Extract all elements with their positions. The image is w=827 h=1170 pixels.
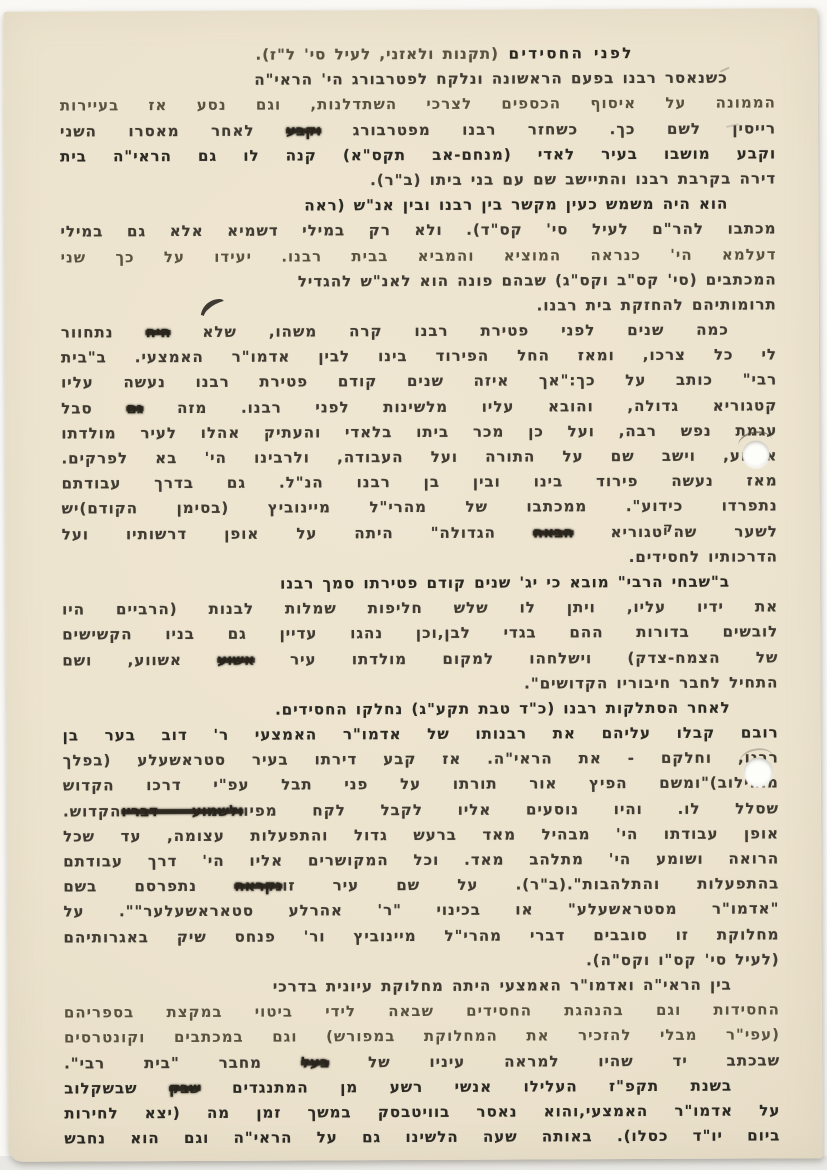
struck-text: שבק (169, 1079, 201, 1097)
text-run: הגדולה" היתה על אופן דרשותיו ועל (62, 523, 533, 543)
text-run: לאחר מאסרו השני (60, 121, 286, 140)
text-run: קטגוריא גדולה, והובא עליו מלשינות לפני ר… (143, 396, 777, 417)
text-run: רובם קבלו עליהם את רבנותו של אדמו"ר האמצ… (63, 723, 779, 744)
text-line: את ידיו עליו, ויתן לו שלש חליפות שמלות ל… (62, 595, 778, 623)
text-run: בהתפעלות והתלהבות".(ב"ר). על שם עיר זו (282, 875, 779, 895)
text-run: תרומותיהם להחזקת בית רבנו. (537, 295, 777, 314)
text-run: וקבע מושבו בעיר לאדי (מנחם-אב תקס"א) קנה… (60, 144, 776, 165)
text-run: כמה שנים לפני פטירת רבנו קרה משהו, שלא (171, 321, 729, 341)
text-line: כמה שנים לפני פטירת רבנו קרה משהו, שלא ה… (61, 317, 777, 345)
text-run: מחלוקת זו סובבים דברי מהרי"ל מיינוביץ ור… (63, 925, 779, 946)
text-run: את ידיו עליו, ויתן לו שלש חליפות שמלות ל… (62, 598, 778, 619)
text-run: על אדמו"ר האמצעי,והוא נאסר בוויטבסק במשך… (64, 1101, 780, 1122)
text-line: שבכתב יד שהיו למראה עיניו של בעל מחבר "ב… (64, 1048, 780, 1076)
text-run: לפני החסידים (499, 44, 634, 63)
text-run: הוא היה משמש כעין מקשר בין רבנו ובין אנ"… (304, 195, 728, 215)
text-line: רבי" כותב על כך:"אך איזה שנים קודם פטירת… (61, 368, 777, 396)
text-line: דירה בקרבת רבנו והתיישב שם עם בני ביתו (… (60, 166, 776, 194)
text-line: בהתפעלות והתלהבות".(ב"ר). על שם עיר זונק… (63, 872, 779, 900)
text-run: מוהילוב)"ומשם הפיץ אור תורתו על פני תבל … (63, 774, 779, 795)
text-run: שסלל לו. והיו נוסעים אליו לקבל לקח מפיו (243, 799, 779, 819)
text-run: התחיל לחבר חיבוריו הקדושים". (524, 673, 778, 692)
text-run: של הצמח-צדק) וישלחהו למקום מולדתו עיר (255, 648, 779, 668)
text-run: סבל (61, 399, 126, 417)
text-run: רבנו, וחלקם - את הראי"ה. אז קבע דירתו בע… (63, 749, 779, 770)
text-line: (עפי"ר מבלי להזכיר את המחלוקת במפורש) וג… (64, 1023, 780, 1051)
text-run: רייסין לשם כך. כשחזר רבנו מפטרבורג (321, 119, 776, 139)
text-run: בשנת תקפ"ז העלילו אנשי רשע מן המתנגדים (201, 1076, 733, 1096)
inserted-letter: ק (663, 520, 674, 535)
text-run: הקדוש. (63, 802, 121, 820)
text-line: הרואה ושומע הי' מתלהב מאד. וכל המקושרים … (63, 846, 779, 874)
text-line: לאחר הסתלקות רבנו (כ"ד טבת תקע"ג) נחלקו … (62, 695, 778, 723)
pen-mark-icon (200, 299, 226, 319)
struck-text: בעל (301, 1053, 329, 1071)
text-run: דעלמא הי' כנראה המוציא והמביא בבית רבנו.… (61, 245, 777, 266)
text-run: החסידות וגם בהנהגת החסידים שבאה לידי ביט… (64, 1001, 780, 1022)
text-line: מכתבו להר"ם לעיל סי' קס"ד). ולא רק במילי… (60, 217, 776, 245)
text-line: עגמת נפש רבה, ועל כן מכר ביתו בלאדי והעת… (61, 418, 777, 446)
text-run: דירה בקרבת רבנו והתיישב שם עם בני ביתו (… (370, 169, 776, 189)
text-line: הוא היה משמש כעין מקשר בין רבנו ובין אנ"… (60, 192, 776, 220)
text-line: רבנו, וחלקם - את הראי"ה. אז קבע דירתו בע… (63, 746, 779, 774)
hole-punch-icon (744, 757, 773, 786)
text-line: אופן עבודתו הי' מבהיל מאד ברעש גדול והתפ… (63, 821, 779, 849)
text-line: שסלל לו. והיו נוסעים אליו לקבל לקח מפיוו… (63, 796, 779, 824)
text-line: של הצמח-צדק) וישלחהו למקום מולדתו עיר אש… (62, 645, 778, 673)
text-run: מחבר "בית רבי". (64, 1053, 301, 1072)
text-line: בין הראי"ה ואדמו"ר האמצעי היתה מחלוקת עי… (64, 972, 780, 1000)
text-line: מאז נעשה פירוד בינו ובין בן רבנו הנ"ל. ג… (62, 469, 778, 497)
text-line: אשווע, וישב שם על התורה ועל העבודה, ולרב… (61, 443, 777, 471)
text-run: לשער שה (674, 522, 778, 540)
text-run: נתפרסם בשם (63, 877, 234, 896)
text-run: בין הראי"ה ואדמו"ר האמצעי היתה מחלוקת עי… (273, 976, 732, 996)
text-run: (תקנות ולאזני, לעיל סי' ל"ז). (255, 45, 499, 64)
text-line: וקבע מושבו בעיר לאדי (מנחם-אב תקס"א) קנה… (60, 141, 776, 169)
text-line: נתפרדו כידוע". ממכתבו של מהרי"ל מיינוביץ… (62, 494, 778, 522)
text-run: "אדמו"ר מסטראשעלע" או בכינוי "ר' אהרלע ס… (63, 900, 779, 921)
text-line: (לעיל סי' קס"ו וקס"ה). (64, 947, 780, 975)
text-line: רובם קבלו עליהם את רבנותו של אדמו"ר האמצ… (63, 720, 779, 748)
text-block: לפני החסידים (תקנות ולאזני, לעיל סי' ל"ז… (60, 40, 781, 1151)
text-run: עגמת נפש רבה, ועל כן מכר ביתו בלאדי והעת… (61, 421, 777, 442)
text-run: נתחוור (61, 323, 146, 341)
text-line: מחלוקת זו סובבים דברי מהרי"ל מיינוביץ ור… (63, 922, 779, 950)
text-run: נתפרדו כידוע". ממכתבו של מהרי"ל מיינוביץ… (62, 497, 778, 518)
text-run: רבי" כותב על כך:"אך איזה שנים קודם פטירת… (61, 371, 777, 392)
text-run: הממונה על איסוף הכספים לצרכי השתדלנות, ו… (60, 94, 776, 115)
text-line: על אדמו"ר האמצעי,והוא נאסר בוויטבסק במשך… (64, 1098, 780, 1126)
text-line: תרומותיהם להחזקת בית רבנו. (61, 292, 777, 320)
text-line: מוהילוב)"ומשם הפיץ אור תורתו על פני תבל … (63, 771, 779, 799)
text-run: אשווע, ושם (62, 650, 217, 669)
text-run: לי כל צרכו, ומאז החל הפירוד בינו לבין אד… (61, 346, 777, 367)
text-line: כשנאסר רבנו בפעם הראשונה ונלקח לפטרבורג … (60, 66, 776, 94)
text-line: לובשים בדורות ההם בגדי לבן,וכן נהגו עדיי… (62, 620, 778, 648)
text-run: הרואה ושומע הי' מתלהב מאד. וכל המקושרים … (63, 849, 779, 870)
struck-text: הבאה (533, 523, 574, 541)
text-line: הממונה על איסוף הכספים לצרכי השתדלנות, ו… (60, 91, 776, 119)
text-run: הדרכותיו לחסידים. (629, 547, 778, 566)
text-line: לי כל צרכו, ומאז החל הפירוד בינו לבין אד… (61, 343, 777, 371)
text-run: ב"שבחי הרבי" מובא כי יג' שנים קודם פטירת… (280, 573, 730, 593)
text-line: רייסין לשם כך. כשחזר רבנו מפטרבורג וקבע … (60, 116, 776, 144)
text-line: "אדמו"ר מסטראשעלע" או בכינוי "ר' אהרלע ס… (63, 897, 779, 925)
text-line: החסידות וגם בהנהגת החסידים שבאה לידי ביט… (64, 998, 780, 1026)
text-run: ביום יו"ד כסלו). באותה שעה הלשינו גם על … (64, 1126, 780, 1147)
text-run: טגוריא (574, 522, 664, 540)
text-line: ב"שבחי הרבי" מובא כי יג' שנים קודם פטירת… (62, 569, 778, 597)
document-page: לפני החסידים (תקנות ולאזני, לעיל סי' ל"ז… (3, 8, 822, 1162)
text-line: הדרכותיו לחסידים. (62, 544, 778, 572)
struck-text: היה (145, 323, 170, 341)
text-line: לפני החסידים (תקנות ולאזני, לעיל סי' ל"ז… (60, 40, 776, 68)
text-run: שבשקלוב (64, 1079, 169, 1097)
struck-text: וקבע (286, 121, 321, 139)
text-line: התחיל לחבר חיבוריו הקדושים". (62, 670, 778, 698)
text-run: שבכתב יד שהיו למראה עיניו של (329, 1051, 780, 1071)
text-run: (עפי"ר מבלי להזכיר את המחלוקת במפורש) וג… (64, 1026, 780, 1047)
hole-punch-icon (742, 440, 769, 467)
text-run: לאחר הסתלקות רבנו (כ"ד טבת תקע"ג) נחלקו … (275, 698, 731, 718)
text-run: אשווע, וישב שם על התורה ועל העבודה, ולרב… (61, 446, 777, 467)
struck-text: ולשמוע דבריו (121, 801, 243, 820)
text-line: בשנת תקפ"ז העלילו אנשי רשע מן המתנגדים ש… (64, 1073, 780, 1101)
text-run: מכתבו להר"ם לעיל סי' קס"ד). ולא רק במילי… (60, 220, 776, 241)
text-line: לשער שהקטגוריא הבאה הגדולה" היתה על אופן… (62, 519, 778, 547)
text-run: כשנאסר רבנו בפעם הראשונה ונלקח לפטרבורג … (254, 69, 728, 89)
text-run: (לעיל סי' קס"ו וקס"ה). (586, 950, 780, 969)
struck-text: אשוע (217, 650, 255, 668)
text-line: דעלמא הי' כנראה המוציא והמביא בבית רבנו.… (61, 242, 777, 270)
text-line: המכתבים (סי' קס"ב וקס"ג) שבהם פונה הוא ל… (61, 267, 777, 295)
text-run: המכתבים (סי' קס"ב וקס"ג) שבהם פונה הוא ל… (298, 270, 777, 290)
text-line: ביום יו"ד כסלו). באותה שעה הלשינו גם על … (64, 1123, 780, 1151)
struck-text: גם (126, 399, 143, 417)
struck-text: נקראה (234, 877, 282, 895)
text-run: מאז נעשה פירוד בינו ובין בן רבנו הנ"ל. ג… (62, 472, 778, 493)
text-line: קטגוריא גדולה, והובא עליו מלשינות לפני ר… (61, 393, 777, 421)
text-run: לובשים בדורות ההם בגדי לבן,וכן נהגו עדיי… (62, 623, 778, 644)
text-run: אופן עבודתו הי' מבהיל מאד ברעש גדול והתפ… (63, 824, 779, 845)
